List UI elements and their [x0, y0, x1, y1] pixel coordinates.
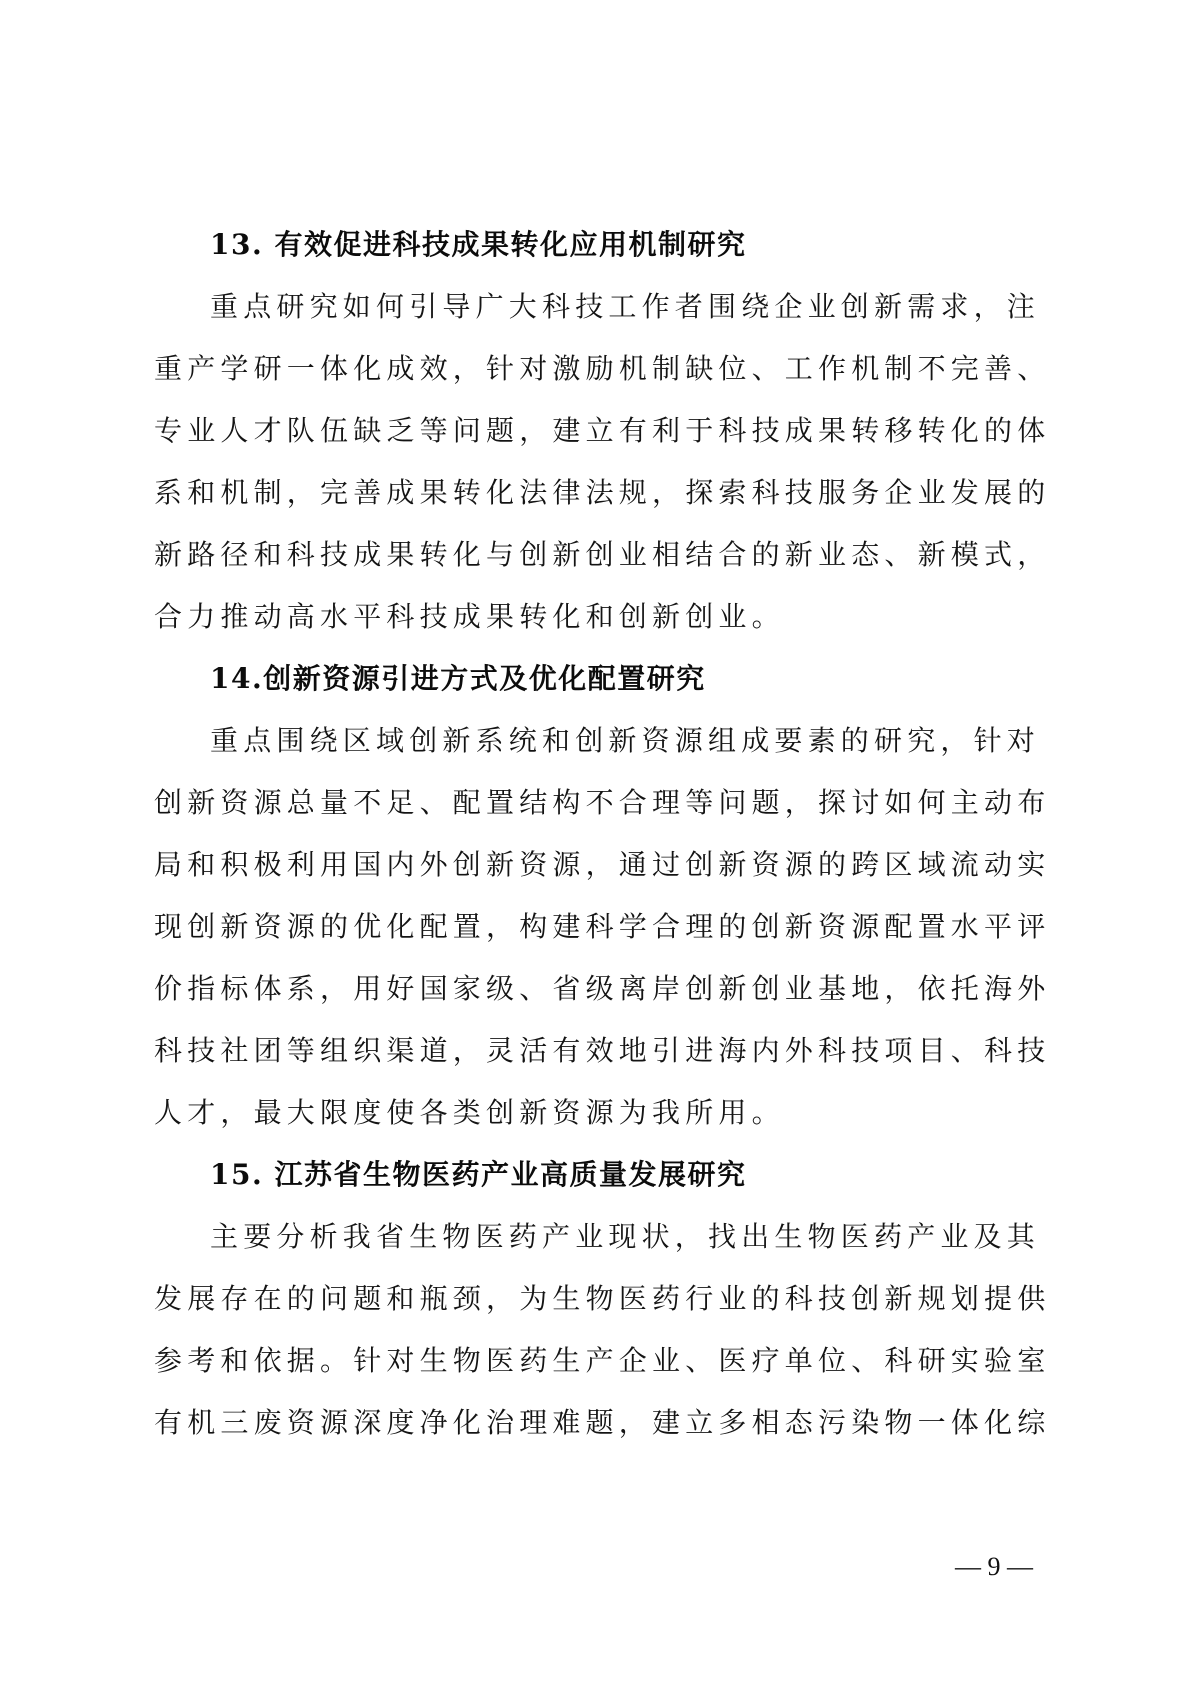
- paragraph-line: 主要分析我省生物医药产业现状，找出生物医药产业及其: [154, 1206, 1044, 1268]
- document-page: 13. 有效促进科技成果转化应用机制研究 重点研究如何引导广大科技工作者围绕企业…: [0, 0, 1199, 1696]
- paragraph-line: 重点研究如何引导广大科技工作者围绕企业创新需求，注: [154, 276, 1044, 338]
- paragraph-line: 科技社团等组织渠道，灵活有效地引进海内外科技项目、科技: [154, 1020, 1044, 1082]
- paragraph-line: 新路径和科技成果转化与创新创业相结合的新业态、新模式，: [154, 524, 1044, 586]
- paragraph-line: 重点围绕区域创新系统和创新资源组成要素的研究，针对: [154, 710, 1044, 772]
- paragraph-line: 参考和依据。针对生物医药生产企业、医疗单位、科研实验室: [154, 1330, 1044, 1392]
- paragraph-line: 合力推动高水平科技成果转化和创新创业。: [154, 586, 1044, 648]
- paragraph-line: 局和积极利用国内外创新资源，通过创新资源的跨区域流动实: [154, 834, 1044, 896]
- paragraph-line: 人才，最大限度使各类创新资源为我所用。: [154, 1082, 1044, 1144]
- page-number: — 9 —: [955, 1552, 1033, 1582]
- paragraph-line: 专业人才队伍缺乏等问题，建立有利于科技成果转移转化的体: [154, 400, 1044, 462]
- paragraph-line: 发展存在的问题和瓶颈，为生物医药行业的科技创新规划提供: [154, 1268, 1044, 1330]
- section-heading-13: 13. 有效促进科技成果转化应用机制研究: [154, 214, 1044, 276]
- paragraph-line: 重产学研一体化成效，针对激励机制缺位、工作机制不完善、: [154, 338, 1044, 400]
- page-content: 13. 有效促进科技成果转化应用机制研究 重点研究如何引导广大科技工作者围绕企业…: [154, 214, 1044, 1454]
- section-heading-14: 14.创新资源引进方式及优化配置研究: [154, 648, 1044, 710]
- paragraph-line: 有机三废资源深度净化治理难题，建立多相态污染物一体化综: [154, 1392, 1044, 1454]
- paragraph-line: 创新资源总量不足、配置结构不合理等问题，探讨如何主动布: [154, 772, 1044, 834]
- paragraph-line: 系和机制，完善成果转化法律法规，探索科技服务企业发展的: [154, 462, 1044, 524]
- paragraph-line: 价指标体系，用好国家级、省级离岸创新创业基地，依托海外: [154, 958, 1044, 1020]
- paragraph-line: 现创新资源的优化配置，构建科学合理的创新资源配置水平评: [154, 896, 1044, 958]
- section-heading-15: 15. 江苏省生物医药产业高质量发展研究: [154, 1144, 1044, 1206]
